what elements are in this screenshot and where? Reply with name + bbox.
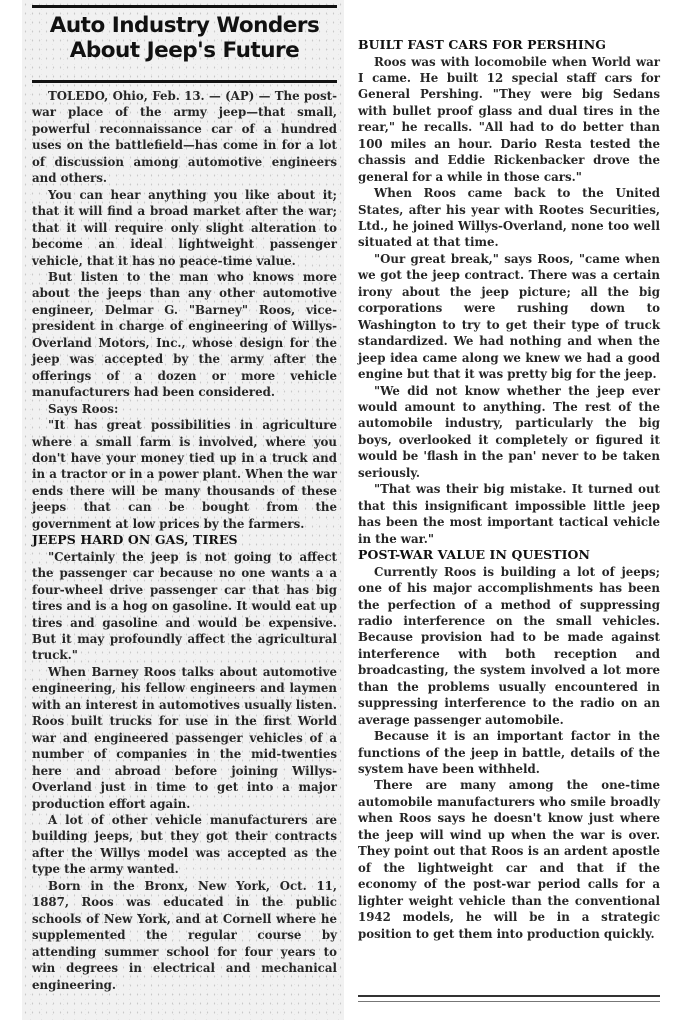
paragraph: Says Roos: <box>32 401 337 417</box>
headline: Auto Industry Wonders About Jeep's Futur… <box>32 13 337 63</box>
paragraph: Born in the Bronx, New York, Oct. 11, 18… <box>32 878 337 993</box>
paragraph: "Certainly the jeep is not going to affe… <box>32 549 337 664</box>
paragraph: You can hear anything you like about it;… <box>32 187 337 269</box>
subheading: POST-WAR VALUE IN QUESTION <box>358 547 660 564</box>
paragraph: When Roos came back to the United States… <box>358 185 660 251</box>
paragraph: But listen to the man who knows more abo… <box>32 269 337 401</box>
paragraph: TOLEDO, Ohio, Feb. 13. — (AP) — The post… <box>32 88 337 187</box>
headline-line-1: Auto Industry Wonders <box>32 13 337 38</box>
left-column-body: TOLEDO, Ohio, Feb. 13. — (AP) — The post… <box>32 88 337 993</box>
subheading: JEEPS HARD ON GAS, TIRES <box>32 532 337 549</box>
headline-bottom-rule <box>32 80 337 83</box>
left-column: Auto Industry Wonders About Jeep's Futur… <box>22 0 344 1020</box>
paragraph: "That was their big mistake. It turned o… <box>358 481 660 547</box>
right-column-body: BUILT FAST CARS FOR PERSHING Roos was wi… <box>358 37 660 942</box>
paragraph: "Our great break," says Roos, "came when… <box>358 251 660 383</box>
article-end-rule <box>358 995 660 1002</box>
paragraph: A lot of other vehicle manufacturers are… <box>32 812 337 878</box>
paragraph: "It has great possibilities in agricultu… <box>32 417 337 532</box>
paragraph: Because it is an important factor in the… <box>358 728 660 777</box>
paragraph: There are many among the one-time automo… <box>358 777 660 942</box>
headline-top-rule <box>32 5 337 8</box>
paragraph: Currently Roos is building a lot of jeep… <box>358 564 660 729</box>
paragraph: Roos was with locomobile when World war … <box>358 54 660 186</box>
paragraph: When Barney Roos talks about automotive … <box>32 664 337 812</box>
subheading: BUILT FAST CARS FOR PERSHING <box>358 37 660 54</box>
headline-line-2: About Jeep's Future <box>32 38 337 63</box>
paragraph: "We did not know whether the jeep ever w… <box>358 383 660 482</box>
